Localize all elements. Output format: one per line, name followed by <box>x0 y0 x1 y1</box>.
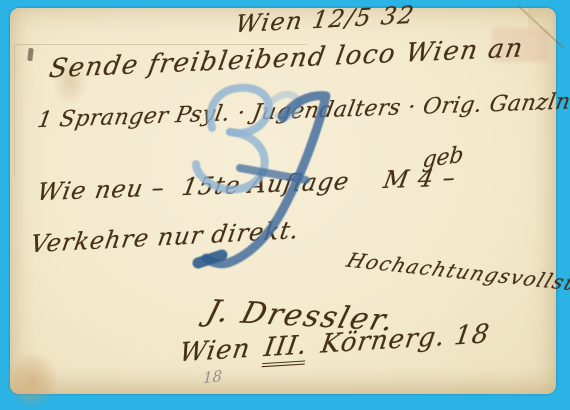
address-city: Wien <box>177 334 252 369</box>
digit-7-foot <box>198 255 222 263</box>
corner-stain <box>6 352 58 408</box>
pencil-number: 18 <box>203 367 223 388</box>
corner-fold <box>528 8 556 36</box>
crayon-number-value: 37 <box>220 158 223 160</box>
postcard: Wien 12/5 32 Sende freibleibend loco Wie… <box>10 8 556 394</box>
date-line: Wien 12/5 32 <box>234 1 418 39</box>
body-line-4: Verkehre nur direkt. <box>29 216 302 258</box>
closing-line: Hochachtungsvollst <box>344 248 570 295</box>
address-district: III. <box>261 330 309 367</box>
scan-background: Wien 12/5 32 Sende freibleibend loco Wie… <box>0 0 570 410</box>
